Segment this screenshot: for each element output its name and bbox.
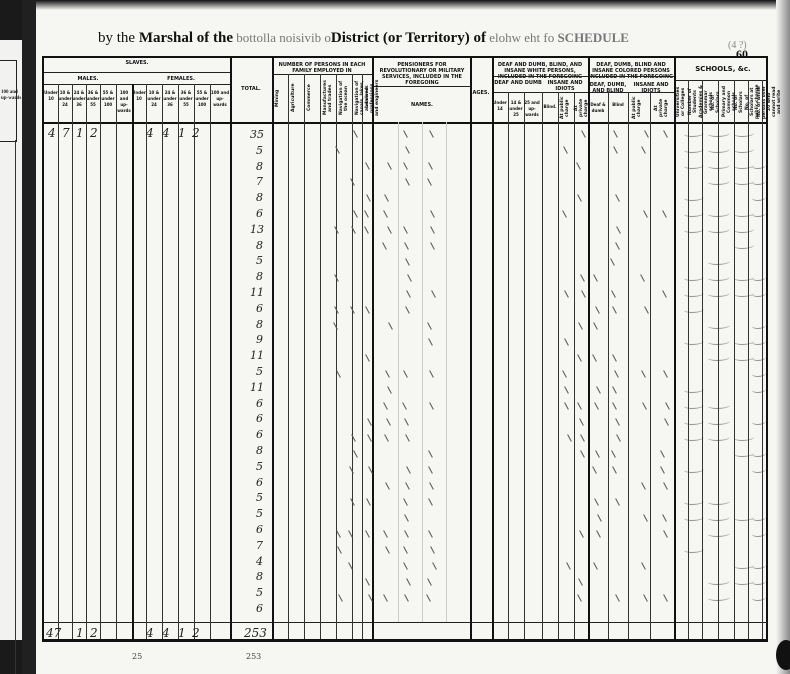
faded-handwriting [752,514,766,521]
tally-mark [353,210,358,218]
tally-mark [612,354,617,362]
total-entry: 6 [256,602,263,615]
employed-col-header: Learned professions and engineers [365,78,380,118]
male-36-55-entry: 2 [90,126,98,140]
title-bleedthrough: bottolla noisivib o [233,30,331,45]
faint-rule [398,122,399,622]
deaf-col-header: Under 14 [492,100,508,112]
tally-mark [663,530,668,538]
header-pensioners: PENSIONERS FOR REVOLUTIONARY OR MILITARY… [374,62,470,86]
insane-col-header: At private charge [574,96,589,120]
colored-deaf-col-header: Deaf & dumb [588,102,608,114]
tally-mark [576,162,581,170]
tally-mark [612,402,617,410]
column-rule [132,84,134,639]
tally-mark [385,370,390,378]
faded-handwriting [684,226,704,233]
page-title: by the Marshal of the bottolla noisivib … [98,30,629,47]
left-page-header-fragment: 100 and up-wards [1,90,22,102]
total-entry: 8 [256,270,263,283]
tally-mark [404,242,409,250]
faded-handwriting [752,370,766,377]
faded-handwriting [684,514,704,521]
tally-mark [664,594,669,602]
total-entry: 11 [250,349,264,362]
column-rule [336,74,337,639]
column-rule [470,58,472,639]
tally-mark [353,130,358,138]
total-entry: 11 [250,286,264,299]
tally-mark [578,322,583,330]
tally-mark [428,498,433,506]
tally-mark [387,418,392,426]
school-col-header: No. of Scholars [711,84,721,120]
tally-mark [407,578,412,586]
tally-mark [615,594,620,602]
faded-handwriting [734,562,754,569]
tally-mark [596,530,601,538]
total-entry: 6 [256,428,263,441]
tally-mark [664,130,669,138]
male-age-header: 100 and up-wards [116,90,132,114]
header-deaf-dumb: DEAF AND DUMB [494,80,542,86]
tally-mark [403,130,408,138]
female-age-header: 55 & under 100 [194,90,210,108]
faded-handwriting [752,338,766,345]
tally-mark [593,274,598,282]
tally-mark [404,162,409,170]
grand-total: 253 [244,626,267,640]
column-rule [86,84,87,639]
faded-handwriting [684,498,704,505]
tally-mark [383,242,388,250]
faded-handwriting [708,130,730,137]
faded-handwriting [708,178,730,185]
male-24-36-entry: 1 [76,126,84,140]
faded-handwriting [734,210,754,217]
insane-col-header: At public charge [560,96,570,120]
tally-mark [405,146,410,154]
tally-mark [353,450,358,458]
faded-handwriting [684,402,704,409]
tally-mark [366,162,371,170]
faded-handwriting [684,290,704,297]
tally-mark [562,210,567,218]
total-entry: 5 [256,365,263,378]
tally-mark [385,546,390,554]
female-age-header: 100 and up-wards [210,90,230,108]
tally-mark [641,146,646,154]
tally-mark [662,514,667,522]
tally-mark [407,290,412,298]
tally-mark [428,450,433,458]
tally-mark [566,562,571,570]
tally-mark [429,466,434,474]
tally-mark [564,402,569,410]
tally-mark [432,290,437,298]
tally-mark [616,434,621,442]
tally-mark [640,274,645,282]
header-insane: INSANE AND IDIOTS [542,80,588,92]
faded-handwriting [734,290,754,297]
faded-handwriting [752,418,766,425]
deaf-col-header: 25 and up-wards [524,100,540,118]
tally-mark [593,562,598,570]
column-rule [288,74,289,639]
faded-handwriting [684,146,704,153]
female-under10-entry: 4 [146,126,154,140]
faded-handwriting [684,210,704,217]
tally-mark [613,130,618,138]
tally-mark [405,178,410,186]
tally-mark [384,434,389,442]
faded-handwriting [684,306,704,313]
column-rule [542,92,543,639]
female-24-36-total: 1 [178,626,186,640]
total-entry: 5 [256,460,263,473]
school-col-header: Number of Students [688,84,698,120]
faded-handwriting [684,434,704,441]
column-rule [372,58,374,639]
total-entry: 8 [256,318,263,331]
female-under10-total: 4 [146,626,154,640]
tally-mark [643,210,648,218]
tally-mark [565,338,570,346]
total-entry: 8 [256,191,263,204]
tally-mark [337,546,342,554]
column-rule [362,74,363,639]
total-entry: 5 [256,491,263,504]
column-rule [492,58,494,639]
tally-mark [366,194,371,202]
header-males: MALES. [44,76,132,82]
tally-mark [665,418,670,426]
title-part: by the [98,30,139,46]
school-col-header: No. of Scholars [734,84,744,120]
faded-handwriting [734,578,754,585]
tally-mark [578,578,583,586]
tally-mark [387,162,392,170]
total-entry: 8 [256,444,263,457]
tally-mark [403,402,408,410]
tally-mark [579,418,584,426]
colored-insane-col-header: At public charge [632,96,642,120]
tally-mark [567,434,572,442]
tally-mark [404,418,409,426]
total-entry: 8 [256,570,263,583]
faded-handwriting [734,162,754,169]
tally-mark [579,530,584,538]
faded-handwriting [708,274,730,281]
total-entry: 6 [256,207,263,220]
tally-mark [427,578,432,586]
employed-col-header: Agriculture [291,78,296,118]
column-rule [558,92,559,639]
tally-mark [641,370,646,378]
deaf-col-header: 14 & under 25 [508,100,524,118]
tally-mark [405,258,410,266]
rule [494,76,674,77]
employed-col-header: Commerce [307,78,312,118]
tally-mark [663,290,668,298]
tally-mark [616,226,621,234]
tally-mark [365,530,370,538]
tally-mark [428,178,433,186]
tally-mark [429,402,434,410]
faded-handwriting [708,418,730,425]
tally-mark [595,306,600,314]
employed-col-header: Mining [275,78,280,118]
rule [44,72,230,73]
total-entry: 6 [256,476,263,489]
faded-handwriting [684,338,704,345]
total-entry: 7 [256,539,263,552]
tally-mark [663,370,668,378]
tally-mark [365,306,370,314]
rule [374,86,470,87]
tally-mark [385,482,390,490]
tally-mark [367,418,372,426]
tally-mark [615,194,620,202]
tally-mark [430,226,435,234]
faded-handwriting [752,290,766,297]
faded-handwriting [752,386,766,393]
female-36-55-entry: 2 [192,126,200,140]
tally-mark [562,370,567,378]
female-24-36-entry: 1 [178,126,186,140]
tally-mark [388,322,393,330]
tally-mark [612,306,617,314]
colored-deaf-col-header: Blind [608,102,628,108]
tally-mark [430,546,435,554]
tally-mark [365,354,370,362]
tally-mark [595,450,600,458]
tally-mark [404,594,409,602]
tally-mark [641,562,646,570]
column-rule [352,74,353,639]
header-females: FEMALES. [132,76,230,82]
column-rule [178,84,179,639]
tally-mark [404,530,409,538]
faded-handwriting [752,322,766,329]
male-24-36-total: 1 [76,626,84,640]
faded-handwriting [708,322,730,329]
tally-mark [385,194,390,202]
left-page-rule [15,140,16,674]
column-rule [58,84,59,639]
total-entry: 5 [256,144,263,157]
female-10-24-entry: 4 [162,126,170,140]
tally-mark [596,386,601,394]
employed-col-header: Manufactures and trades [323,78,333,118]
faded-handwriting [752,578,766,585]
faded-handwriting [734,354,754,361]
tally-mark [645,306,650,314]
tally-mark [383,210,388,218]
faded-handwriting [752,162,766,169]
tally-mark [430,210,435,218]
tally-mark [407,466,412,474]
faded-handwriting [708,434,730,441]
tally-mark [611,450,616,458]
total-entry: 35 [250,128,264,141]
faded-handwriting [708,530,730,537]
tally-mark [612,466,617,474]
tally-mark [577,594,582,602]
tally-mark [432,562,437,570]
male-10-24-entry: 7 [62,126,70,140]
tally-mark [383,530,388,538]
faded-handwriting [734,242,754,249]
column-rule [304,74,305,639]
faded-handwriting [708,578,730,585]
column-rule [628,92,629,639]
tally-mark [427,322,432,330]
tally-mark [403,546,408,554]
column-rule [194,84,195,639]
tally-mark [660,466,665,474]
column-rule [230,58,232,639]
tally-mark [429,162,434,170]
total-entry: 7 [256,175,263,188]
faded-handwriting [708,226,730,233]
column-rule [100,84,101,639]
tally-mark [403,562,408,570]
female-age-header: 36 & under 55 [178,90,194,108]
adjacent-left-page: 100 and up-wards [0,40,23,640]
header-bottom-rule [44,122,768,124]
tally-mark [592,354,597,362]
title-part: of the [193,30,233,46]
tally-mark [665,402,670,410]
faded-handwriting [752,450,766,457]
faded-handwriting [734,514,754,521]
tally-mark [580,434,585,442]
faded-handwriting [734,130,754,137]
tally-mark [662,210,667,218]
page-top-shadow [36,0,790,10]
tally-mark [407,274,412,282]
column-rule [608,92,609,639]
tally-mark [615,498,620,506]
pencil-note-total: 253 [246,652,261,661]
tally-mark [580,274,585,282]
title-bleedthrough: SCHEDULE [557,30,629,45]
faded-handwriting [752,210,766,217]
tally-mark [580,450,585,458]
tally-mark [594,402,599,410]
total-entry: 6 [256,412,263,425]
faded-handwriting [684,274,704,281]
male-age-header: 55 & under 100 [100,90,116,108]
tally-mark [577,194,582,202]
tally-mark [338,594,343,602]
header-total: TOTAL. [230,86,272,92]
tally-mark [364,226,369,234]
column-rule [508,92,509,639]
column-rule [574,92,575,639]
header-ages: AGES. [470,90,492,96]
tally-mark [383,402,388,410]
tally-mark [643,402,648,410]
census-table: SLAVES. MALES. FEMALES. TOTAL. NUMBER OF… [42,56,768,642]
tally-mark [578,354,583,362]
female-age-header: Under 10 [132,90,146,102]
faded-handwriting [752,562,766,569]
faded-handwriting [752,530,766,537]
tally-mark [403,498,408,506]
tally-mark [611,290,616,298]
pencil-note-left: 25 [132,652,142,661]
tally-mark [364,210,369,218]
tally-mark [663,482,668,490]
faded-handwriting [684,130,704,137]
total-entry: 4 [256,555,263,568]
tally-mark [644,130,649,138]
total-entry: 6 [256,302,263,315]
faded-handwriting [708,498,730,505]
faded-handwriting [734,178,754,185]
faded-handwriting [708,258,730,265]
male-age-header: 36 & under 55 [86,90,100,108]
header-slaves: SLAVES. [44,60,230,66]
female-10-24-total: 4 [162,626,170,640]
faded-handwriting [734,450,754,457]
faded-handwriting [684,194,704,201]
faded-handwriting [708,338,730,345]
tally-mark [564,386,569,394]
tally-mark [660,450,665,458]
tally-mark [429,130,434,138]
column-rule [162,84,163,639]
total-entry: 5 [256,507,263,520]
tally-mark [428,338,433,346]
header-colored: DEAF, DUMB, BLIND AND INSANE COLORED PER… [588,62,674,80]
tally-mark [597,514,602,522]
school-col-header: Universities or Colleges [676,84,686,120]
tally-mark [582,290,587,298]
tally-mark [428,530,433,538]
rule [676,80,768,81]
title-part: Marshal [139,30,193,46]
tally-mark [430,242,435,250]
tally-mark [387,386,392,394]
title-part: District (or Territory) of [331,30,486,46]
male-age-header: 10 & under 24 [58,90,72,108]
faded-handwriting [708,354,730,361]
employed-col-header: Navigation of the ocean [339,78,349,118]
faded-handwriting [752,466,766,473]
tally-mark [426,594,431,602]
tally-mark [613,146,618,154]
female-age-header: 10 & under 24 [146,90,162,108]
faint-rule [422,122,423,622]
page-corner-shadow [776,640,790,670]
faded-handwriting [752,178,766,185]
total-entry: 6 [256,523,263,536]
column-rule [650,92,651,639]
tally-mark [383,594,388,602]
male-age-header: Under 10 [44,90,58,102]
female-36-55-total: 2 [192,626,200,640]
tally-mark [581,130,586,138]
faded-handwriting [752,354,766,361]
faded-handwriting [684,466,704,473]
header-employed: NUMBER OF PERSONS IN EACH FAMILY EMPLOYE… [273,62,371,74]
book-spine [22,0,36,674]
tally-mark [405,434,410,442]
tally-mark [387,226,392,234]
